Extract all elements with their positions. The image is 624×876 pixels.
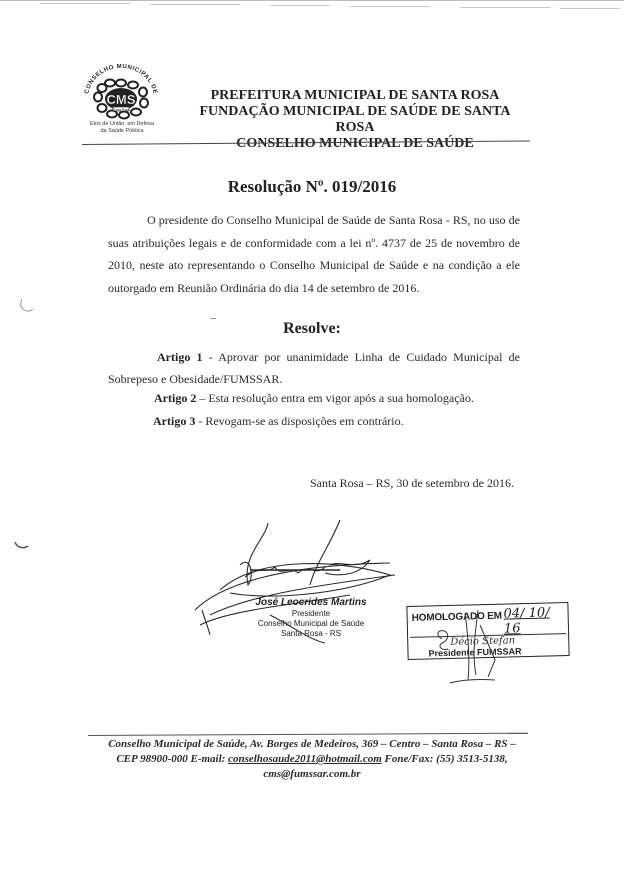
footer-phone: Fone/Fax: (55) 3513-5138, bbox=[382, 753, 508, 765]
article-2: Artigo 2 – Esta resolução entra em vigor… bbox=[154, 391, 474, 406]
scan-artifact bbox=[40, 3, 130, 4]
footer-address: Conselho Municipal de Saúde, Av. Borges … bbox=[84, 737, 540, 782]
article-1-label: Artigo 1 bbox=[157, 350, 203, 364]
scan-edge-artifact bbox=[0, 0, 624, 10]
hole-punch-mark-icon bbox=[18, 295, 38, 315]
scan-artifact bbox=[150, 4, 240, 5]
scan-artifact bbox=[270, 5, 330, 6]
signer-role: Presidente bbox=[246, 609, 376, 619]
resolve-heading: Resolve: bbox=[0, 320, 624, 338]
article-3-label: Artigo 3 bbox=[153, 414, 195, 428]
article-2-label: Artigo 2 bbox=[154, 391, 196, 405]
place-and-date: Santa Rosa – RS, 30 de setembro de 2016. bbox=[310, 476, 514, 491]
article-separator: - bbox=[203, 350, 219, 364]
scan-artifact bbox=[460, 7, 550, 8]
resolution-title: Resolução Nº. 019/2016 bbox=[0, 177, 624, 197]
scan-artifact bbox=[350, 6, 430, 7]
header-line-3: CONSELHO MUNICIPAL DE SAÚDE bbox=[180, 136, 530, 152]
email-link-conselho[interactable]: conselhosaude2011@hotmail.com bbox=[228, 753, 382, 765]
svg-text:CMS: CMS bbox=[107, 92, 136, 107]
footer-cep: CEP 98900-000 E-mail: bbox=[116, 753, 228, 765]
cms-logo: CONSELHO MUNICIPAL DE SAÚDE CMS Santa Ro… bbox=[76, 64, 166, 148]
article-1: Artigo 1 - Aprovar por unanimidade Linha… bbox=[108, 346, 520, 390]
header-line-1: PREFEITURA MUNICIPAL DE SANTA ROSA bbox=[180, 88, 530, 104]
scan-speck bbox=[210, 318, 216, 319]
intro-text: O presidente do Conselho Municipal de Sa… bbox=[108, 213, 520, 295]
article-3: Artigo 3 - Revogam-se as disposições em … bbox=[153, 414, 404, 429]
cms-chain-seal-icon: CONSELHO MUNICIPAL DE SAÚDE CMS Santa Ro… bbox=[76, 64, 166, 124]
footer-divider bbox=[88, 733, 528, 736]
hole-punch-mark-icon bbox=[14, 540, 34, 552]
footer-address-line: Conselho Municipal de Saúde, Av. Borges … bbox=[84, 737, 540, 752]
article-separator: – bbox=[196, 391, 208, 405]
footer-contact-line: CEP 98900-000 E-mail: conselhosaude2011@… bbox=[84, 752, 540, 767]
stamp-signature-scribble-icon bbox=[420, 605, 520, 685]
signer-organization: Conselho Municipal de Saúde bbox=[246, 619, 376, 629]
article-2-text: Esta resolução entra em vigor após a sua… bbox=[208, 391, 474, 405]
email-cms: cms@fumssar.com.br bbox=[84, 767, 540, 782]
intro-paragraph: O presidente do Conselho Municipal de Sa… bbox=[108, 209, 520, 299]
article-separator: - bbox=[195, 414, 205, 428]
header-line-2: FUNDAÇÃO MUNICIPAL DE SAÚDE DE SANTA ROS… bbox=[180, 104, 530, 136]
logo-caption: Elos de União, em Defesa da Saúde Públic… bbox=[72, 121, 172, 135]
article-3-text: Revogam-se as disposições em contrário. bbox=[205, 414, 403, 428]
signer-name: José Leocrides Martins bbox=[246, 597, 376, 609]
logo-caption-line2: da Saúde Pública bbox=[72, 128, 172, 135]
scan-artifact bbox=[560, 8, 620, 9]
signer-city: Santa Rosa - RS bbox=[246, 629, 376, 639]
svg-text:Santa Rosa: Santa Rosa bbox=[113, 107, 129, 111]
logo-caption-line1: Elos de União, em Defesa bbox=[72, 121, 172, 128]
signer-block: José Leocrides Martins Presidente Consel… bbox=[246, 597, 376, 639]
